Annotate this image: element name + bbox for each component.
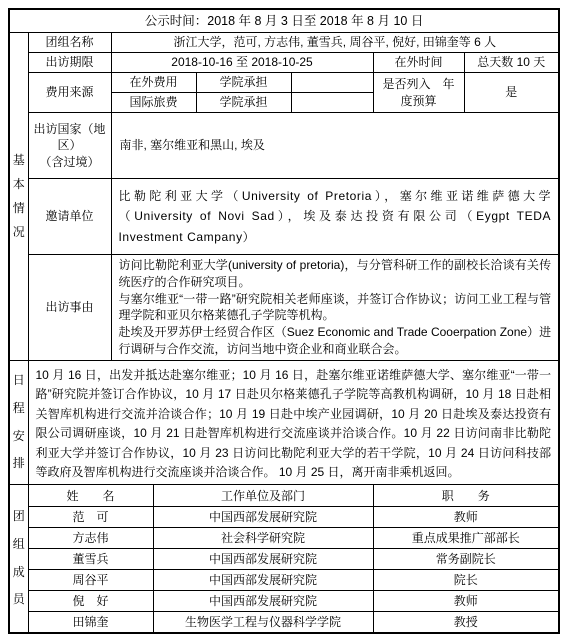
- countries-label: 出访国家（地区） （含过境）: [28, 113, 111, 179]
- visit-reason-label: 出访事由: [28, 255, 111, 361]
- schedule-value: 10 月 16 日，出发并抵达赴塞尔维亚；10 月 16 日，赴塞尔维亚诺维萨德…: [28, 360, 559, 485]
- table-row: 倪 好 中国西部发展研究院 教师: [9, 591, 559, 612]
- notice-period-title: 公示时间：2018 年 8 月 3 日至 2018 年 8 月 10 日: [9, 9, 559, 33]
- countries-value: 南非, 塞尔维亚和黑山, 埃及: [111, 113, 559, 179]
- member-name: 范 可: [28, 507, 153, 528]
- group-name-value: 浙江大学，范可, 方志伟, 董雪兵, 周谷平, 倪好, 田锦奎等 6 人: [111, 33, 559, 53]
- section-basic-info-label: 基本情况: [12, 148, 25, 244]
- funding-item-abroad: 在外费用: [111, 73, 196, 93]
- section-members-label: 团组成员: [12, 503, 25, 613]
- table-row: 董雪兵 中国西部发展研究院 常务副院长: [9, 549, 559, 570]
- member-name: 倪 好: [28, 591, 153, 612]
- visit-period-label: 出访期限: [28, 53, 111, 73]
- total-days-value: 总天数 10 天: [464, 53, 559, 73]
- funding-bearer-intl-travel: 学院承担: [196, 93, 291, 113]
- table-row: 方志伟 社会科学研究院 重点成果推广部部长: [9, 528, 559, 549]
- inviting-org-label: 邀请单位: [28, 179, 111, 255]
- member-name: 方志伟: [28, 528, 153, 549]
- funding-source-label: 费用来源: [28, 73, 111, 113]
- group-name-label: 团组名称: [28, 33, 111, 53]
- member-title: 教师: [373, 591, 559, 612]
- member-name: 周谷平: [28, 570, 153, 591]
- member-unit: 社会科学研究院: [153, 528, 373, 549]
- member-unit: 中国西部发展研究院: [153, 591, 373, 612]
- member-unit: 中国西部发展研究院: [153, 570, 373, 591]
- visit-period-value: 2018-10-16 至 2018-10-25: [111, 53, 373, 73]
- member-title: 院长: [373, 570, 559, 591]
- table-row: 范 可 中国西部发展研究院 教师: [9, 507, 559, 528]
- notice-table: 公示时间：2018 年 8 月 3 日至 2018 年 8 月 10 日 基本情…: [8, 8, 560, 634]
- members-header-title: 职 务: [373, 485, 559, 507]
- section-schedule-label: 日程安排: [12, 367, 25, 477]
- member-name: 董雪兵: [28, 549, 153, 570]
- section-schedule: 日程安排: [9, 360, 28, 485]
- section-basic-info: 基本情况: [9, 33, 28, 361]
- table-row: 田锦奎 生物医学工程与仪器科学学院 教授: [9, 612, 559, 633]
- members-header-unit: 工作单位及部门: [153, 485, 373, 507]
- section-members: 团组成员: [9, 485, 28, 633]
- member-title: 常务副院长: [373, 549, 559, 570]
- funding-item-intl-travel: 国际旅费: [111, 93, 196, 113]
- member-name: 田锦奎: [28, 612, 153, 633]
- table-row: 周谷平 中国西部发展研究院 院长: [9, 570, 559, 591]
- members-header-name: 姓 名: [28, 485, 153, 507]
- budget-listed-value: 是: [464, 73, 559, 113]
- funding-extra-intl-travel: [291, 93, 373, 113]
- inviting-org-value: 比勒陀利亚大学（University of Pretoria），塞尔维亚诺维萨德…: [111, 179, 559, 255]
- member-title: 教授: [373, 612, 559, 633]
- member-title: 重点成果推广部部长: [373, 528, 559, 549]
- budget-listed-label: 是否列入 年度预算: [373, 73, 464, 113]
- visit-reason-value: 访问比勒陀利亚大学(university of pretoria)，与分管科研工…: [111, 255, 559, 361]
- funding-bearer-abroad: 学院承担: [196, 73, 291, 93]
- member-title: 教师: [373, 507, 559, 528]
- member-unit: 中国西部发展研究院: [153, 549, 373, 570]
- member-unit: 生物医学工程与仪器科学学院: [153, 612, 373, 633]
- member-unit: 中国西部发展研究院: [153, 507, 373, 528]
- funding-extra-abroad: [291, 73, 373, 93]
- abroad-time-label: 在外时间: [373, 53, 464, 73]
